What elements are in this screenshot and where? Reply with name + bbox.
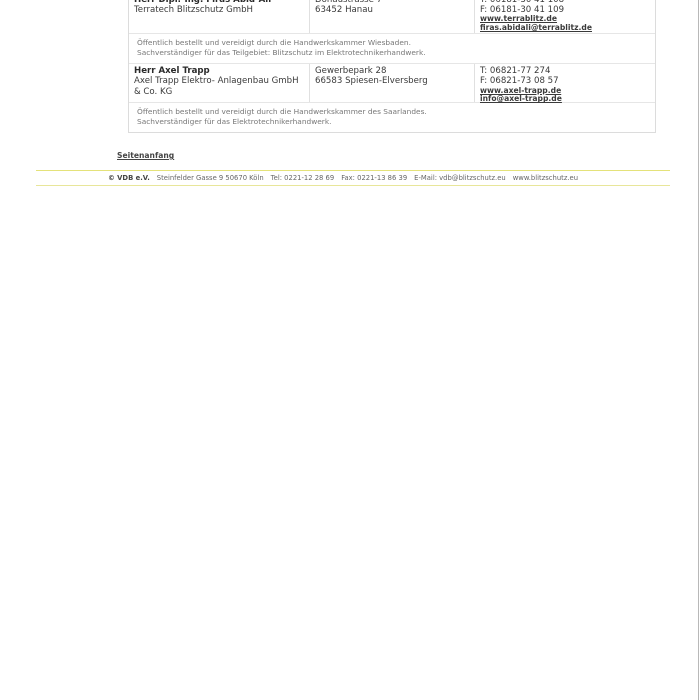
experts-table: Herr Dipl.-Ing. Firas Abid-Ali Terratech… bbox=[128, 0, 656, 133]
footer-web[interactable]: www.blitzschutz.eu bbox=[513, 174, 578, 182]
footer-email[interactable]: E-Mail: vdb@blitzschutz.eu bbox=[414, 174, 506, 182]
back-to-top-link[interactable]: Seitenanfang bbox=[117, 151, 174, 160]
city: 63452 Hanau bbox=[315, 5, 469, 15]
footer: © VDB e.V.Steinfelder Gasse 9 50670 Köln… bbox=[36, 170, 670, 186]
address-cell: Donaustrasse 7 63452 Hanau bbox=[310, 0, 475, 33]
city: 66583 Spiesen-Elversberg bbox=[315, 76, 469, 86]
note: Öffentlich bestellt und vereidigt durch … bbox=[129, 33, 655, 63]
footer-address: Steinfelder Gasse 9 50670 Köln bbox=[157, 174, 264, 182]
address-cell: Gewerbepark 28 66583 Spiesen-Elversberg bbox=[310, 64, 475, 102]
name-cell: Herr Dipl.-Ing. Firas Abid-Ali Terratech… bbox=[129, 0, 310, 33]
phone: T: 06821-77 274 bbox=[480, 66, 650, 76]
contact-cell: T: 06181-30 41 108 F: 06181-30 41 109 ww… bbox=[475, 0, 655, 33]
table-row: Herr Dipl.-Ing. Firas Abid-Ali Terratech… bbox=[129, 0, 655, 33]
note-line: Öffentlich bestellt und vereidigt durch … bbox=[137, 107, 647, 117]
note-line: Sachverständiger für das Teilgebiet: Bli… bbox=[137, 48, 647, 58]
company-name: Terratech Blitzschutz GmbH bbox=[134, 5, 304, 15]
email-link[interactable]: firas.abidali@terrablitz.de bbox=[480, 24, 650, 33]
company-name: Axel Trapp Elektro- Anlagenbau GmbH & Co… bbox=[134, 76, 304, 96]
name-cell: Herr Axel Trapp Axel Trapp Elektro- Anla… bbox=[129, 64, 310, 102]
copyright: © VDB e.V. bbox=[108, 174, 150, 182]
note: Öffentlich bestellt und vereidigt durch … bbox=[129, 102, 655, 132]
note-line: Öffentlich bestellt und vereidigt durch … bbox=[137, 38, 647, 48]
footer-tel: Tel: 0221-12 28 69 bbox=[271, 174, 335, 182]
note-line: Sachverständiger für das Elektrotechnike… bbox=[137, 117, 647, 127]
footer-fax: Fax: 0221-13 86 39 bbox=[341, 174, 407, 182]
street: Gewerbepark 28 bbox=[315, 66, 469, 76]
page-edge bbox=[698, 0, 699, 700]
expert-name: Herr Axel Trapp bbox=[134, 66, 304, 76]
table-row: Herr Axel Trapp Axel Trapp Elektro- Anla… bbox=[129, 63, 655, 102]
contact-cell: T: 06821-77 274 F: 06821-73 08 57 www.ax… bbox=[475, 64, 655, 102]
email-link[interactable]: info@axel-trapp.de bbox=[480, 95, 650, 104]
